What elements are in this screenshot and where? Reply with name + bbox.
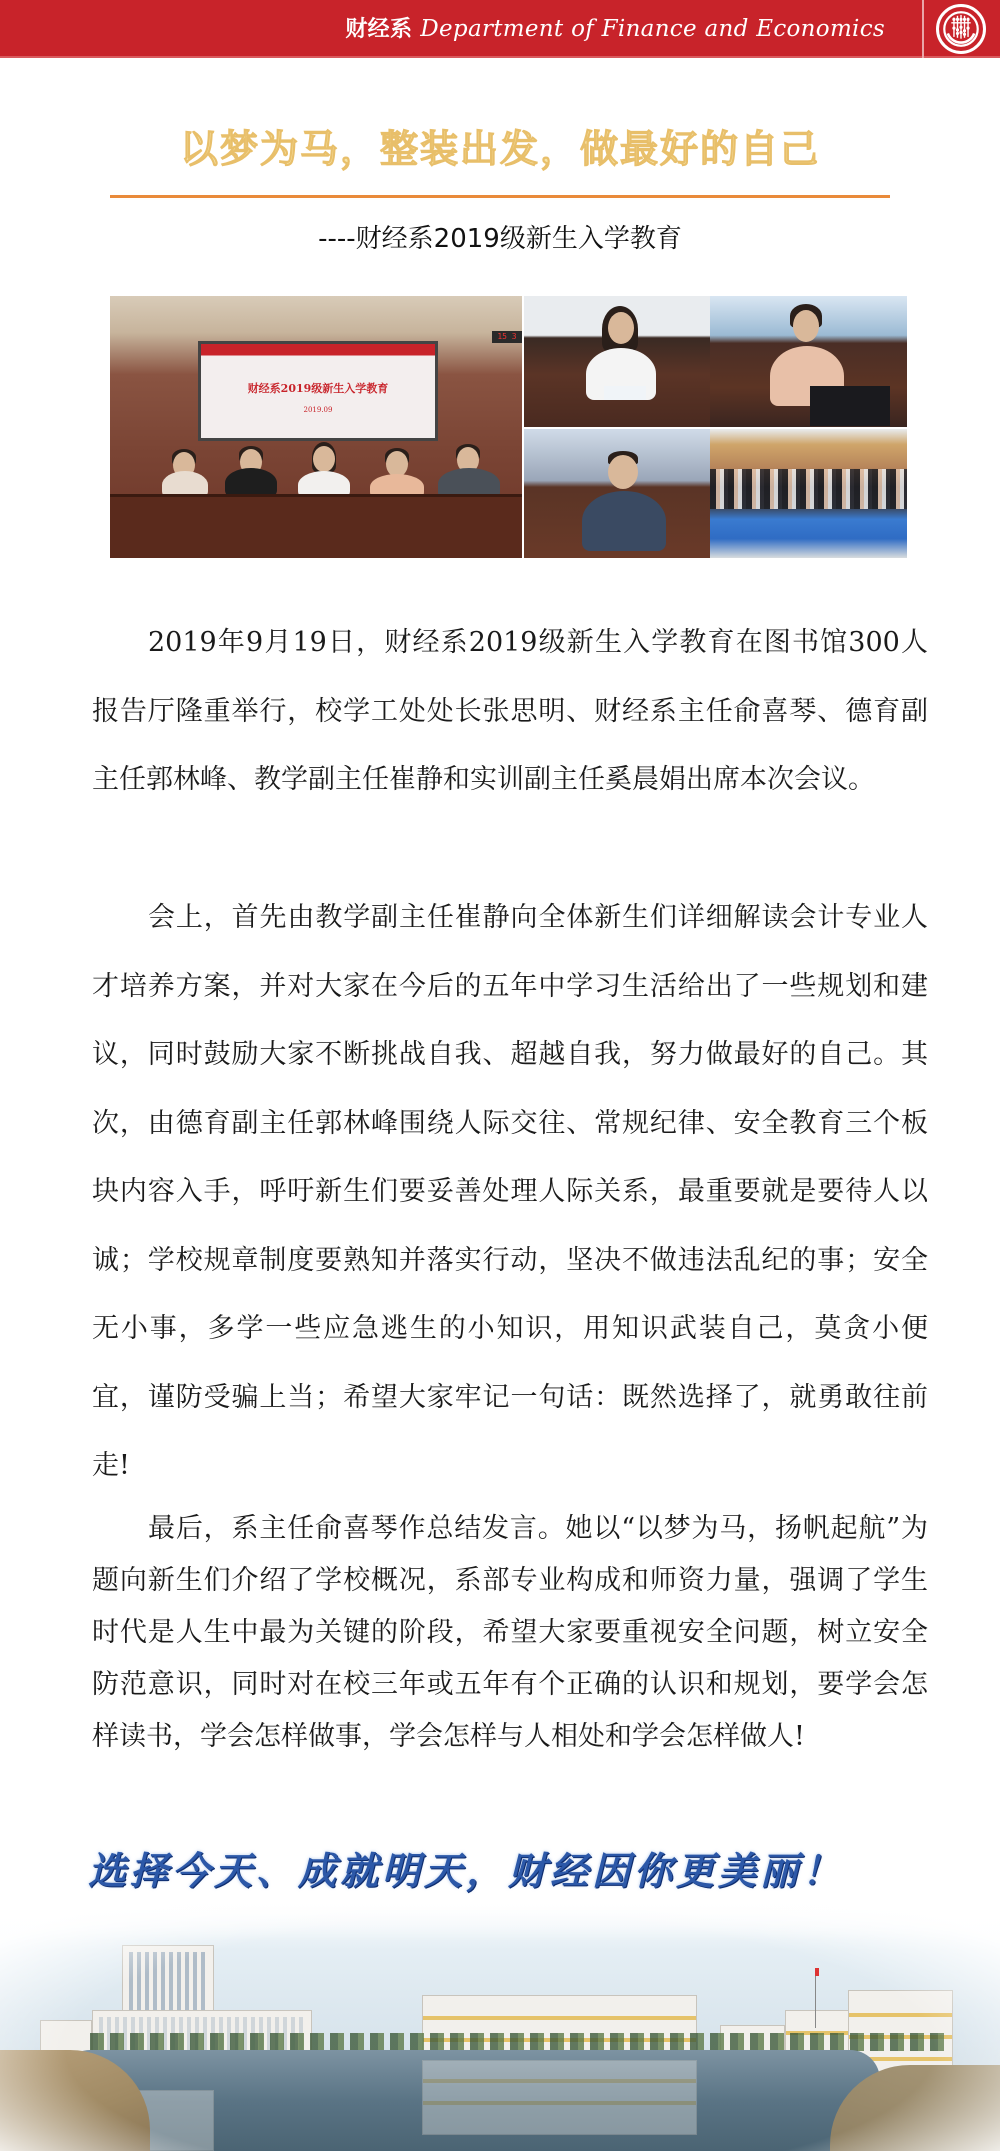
- header-divider: [922, 0, 924, 58]
- department-header-bar: 财经系Department of Finance and Economics: [0, 0, 1000, 58]
- article-headline: 以梦为马，整装出发，做最好的自己: [0, 118, 1000, 173]
- department-name-en: Department of Finance and Economics: [420, 16, 885, 42]
- photo-audience: [710, 427, 907, 558]
- laptop: [810, 386, 890, 426]
- paragraph-text: 会上，首先由教学副主任崔静向全体新生们详细解读会计专业人才培养方案，并对大家在今…: [92, 884, 928, 1501]
- person-head: [608, 312, 634, 344]
- photo-stage-panel: 15 3 财经系2019级新生入学教育 2019.09: [110, 296, 522, 558]
- projection-screen: 财经系2019级新生入学教育 2019.09: [198, 341, 438, 441]
- abacus-emblem-icon: [936, 4, 986, 54]
- building-reflection: [422, 2060, 697, 2135]
- paper-sheet: [604, 386, 646, 400]
- student-crowd: [710, 469, 907, 509]
- flag: [815, 1968, 819, 1976]
- article-subtitle: ----财经系2019级新生入学教育: [0, 218, 1000, 255]
- title-divider: [110, 195, 890, 198]
- photo-speaker-2: [710, 296, 907, 427]
- conference-table: [110, 494, 522, 558]
- screen-date: 2019.09: [201, 406, 435, 414]
- department-title: 财经系Department of Finance and Economics: [345, 12, 885, 43]
- photo-speaker-3: [522, 427, 710, 558]
- tree-line: [90, 2033, 950, 2051]
- campus-panorama-image: [0, 1900, 1000, 2151]
- photo-speaker-1: [522, 296, 710, 427]
- wall-clock: 15 3: [492, 331, 522, 343]
- department-name-cn: 财经系: [345, 16, 412, 42]
- screen-title: 财经系2019级新生入学教育: [201, 380, 435, 396]
- paragraph-text: 最后，系主任俞喜琴作总结发言。她以“以梦为马，扬帆起航”为题向新生们介绍了学校概…: [92, 1503, 928, 1763]
- person-head: [793, 310, 819, 342]
- person-head: [608, 455, 638, 489]
- flagpole: [815, 1968, 816, 2028]
- person-head: [313, 446, 335, 472]
- event-photo-collage: 15 3 财经系2019级新生入学教育 2019.09: [110, 296, 907, 558]
- article-paragraph-2: 会上，首先由教学副主任崔静向全体新生们详细解读会计专业人才培养方案，并对大家在今…: [92, 884, 928, 1501]
- article-paragraph-1: 2019年9月19日，财经系2019级新生入学教育在图书馆300人报告厅隆重举行…: [92, 609, 928, 815]
- closing-slogan: 选择今天、成就明天，财经因你更美丽！: [88, 1840, 948, 1895]
- person-body: [582, 491, 666, 551]
- article-paragraph-3: 最后，系主任俞喜琴作总结发言。她以“以梦为马，扬帆起航”为题向新生们介绍了学校概…: [92, 1503, 928, 1763]
- paragraph-text: 2019年9月19日，财经系2019级新生入学教育在图书馆300人报告厅隆重举行…: [92, 609, 928, 815]
- fade-top: [0, 1900, 1000, 1940]
